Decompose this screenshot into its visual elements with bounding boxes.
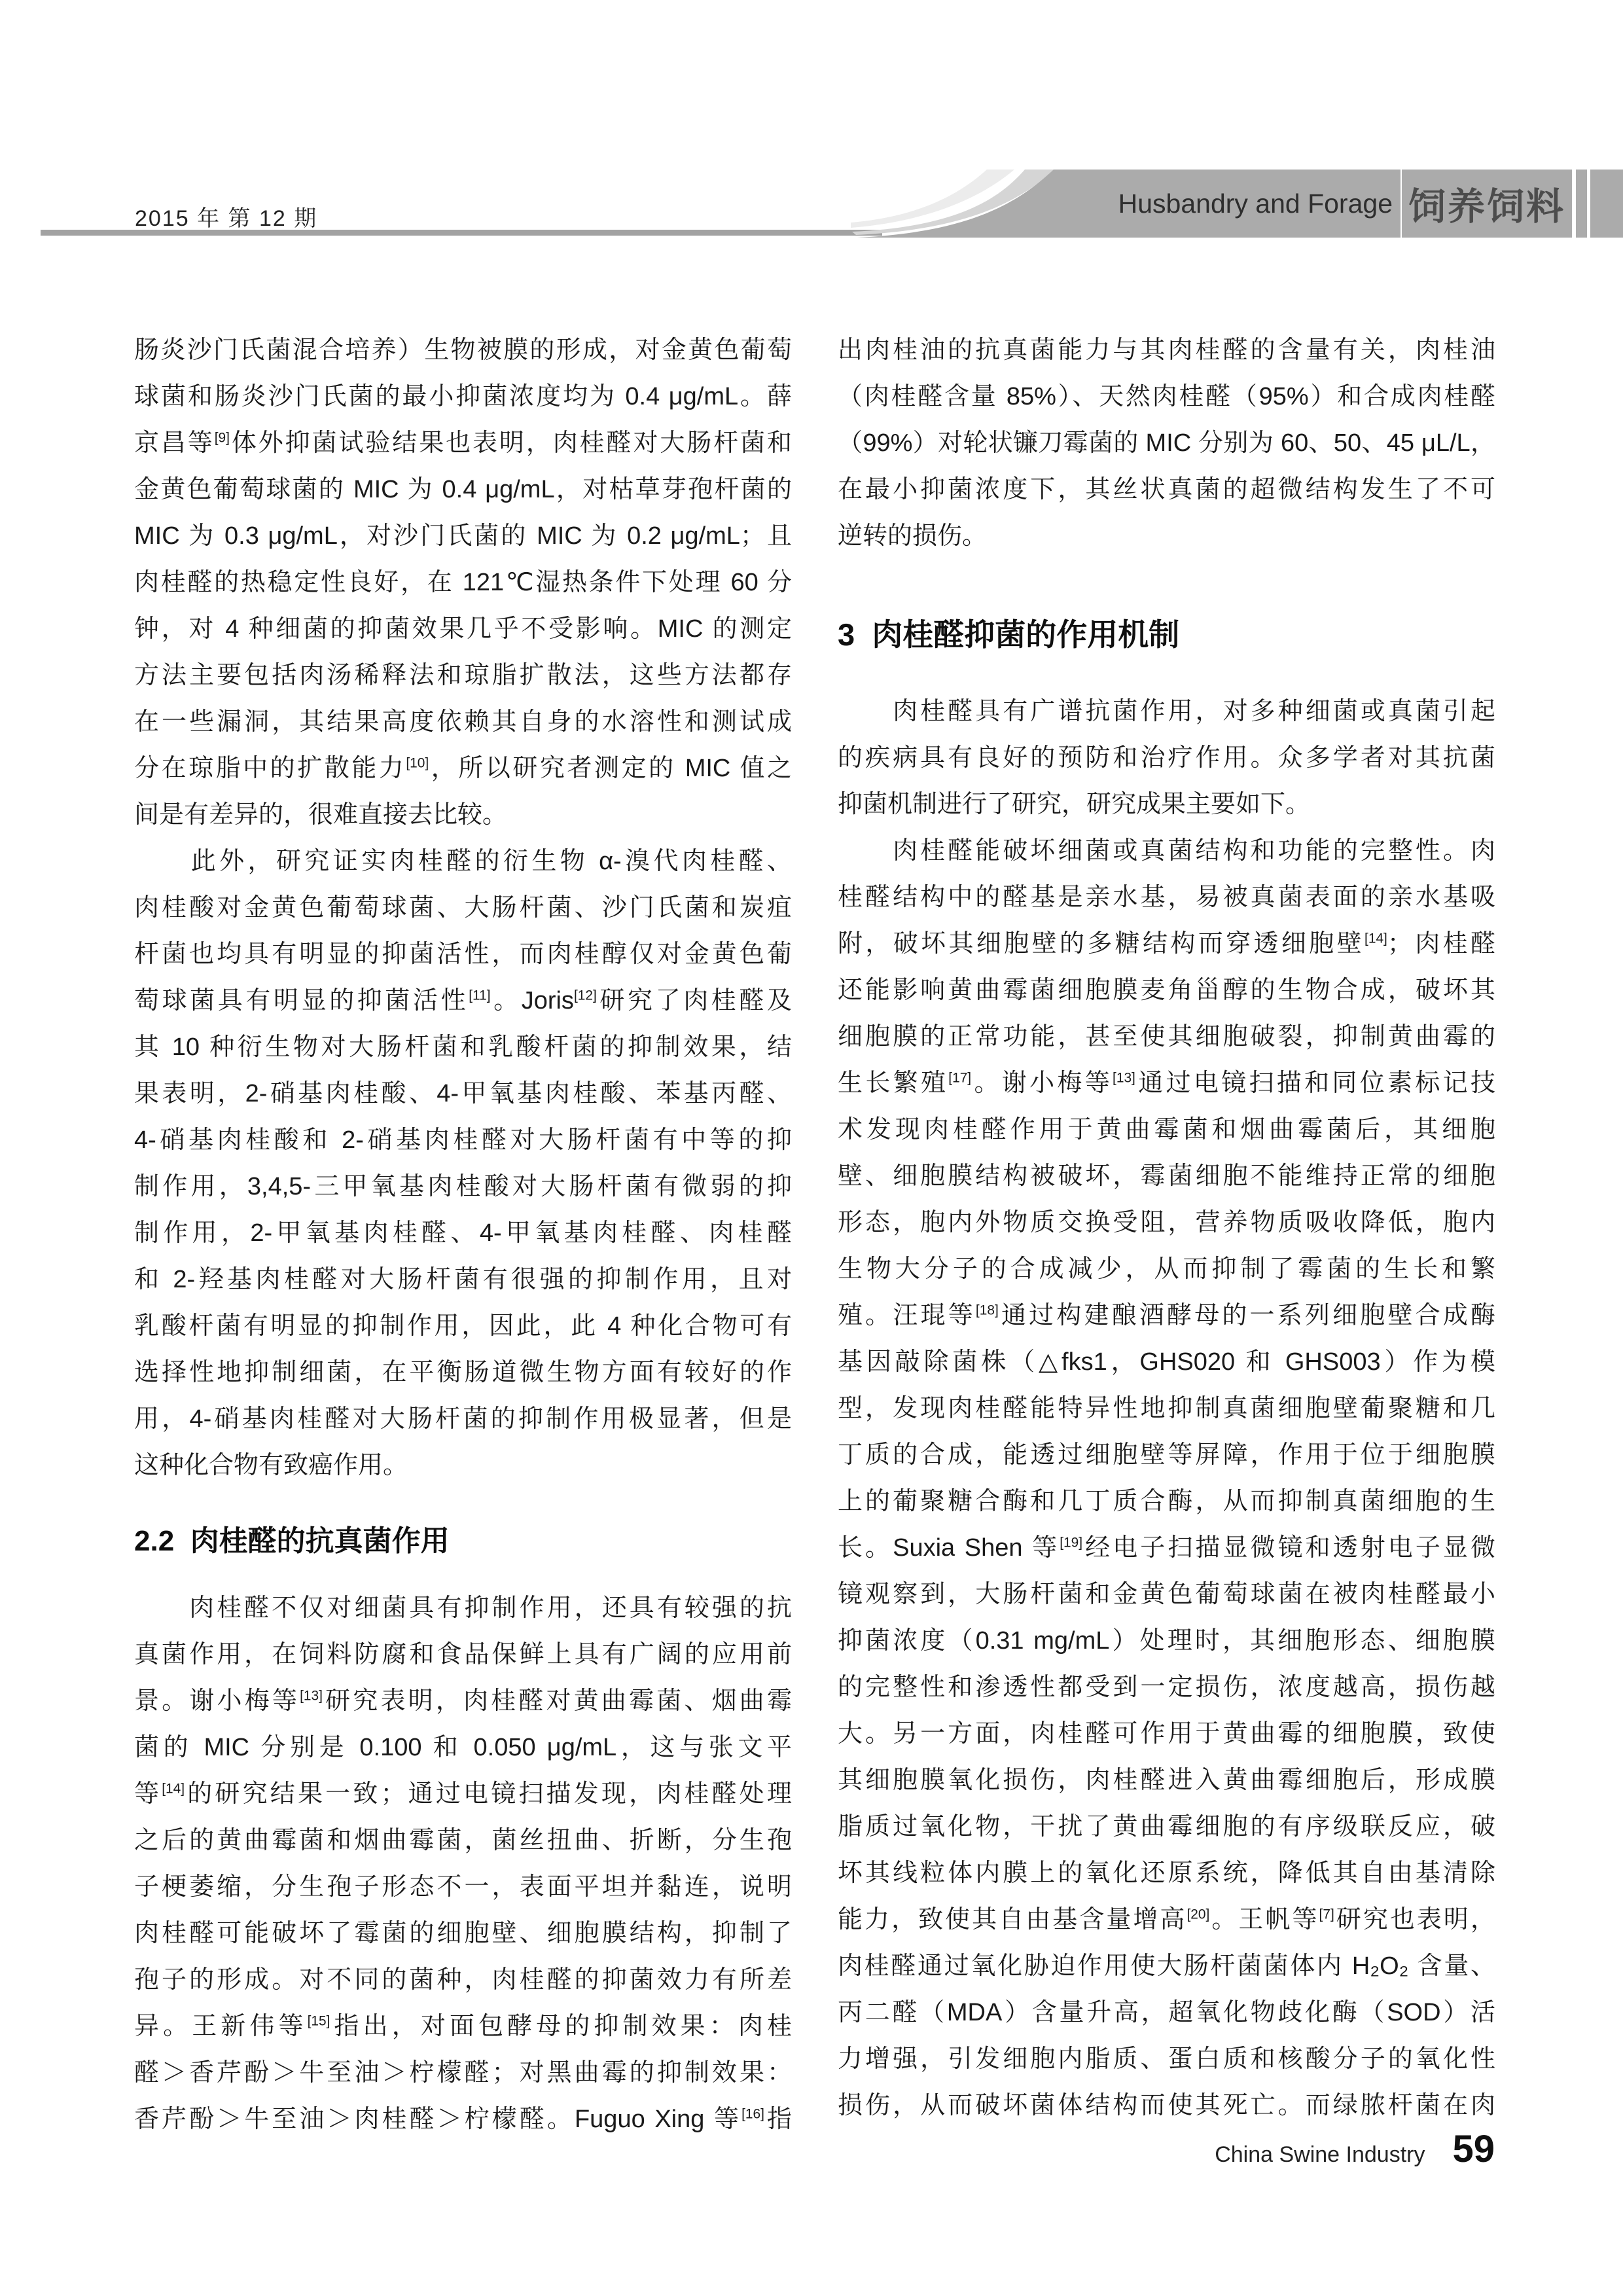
text-line: 肉桂醛能破坏细菌或真菌结构和功能的完整性。肉 [838, 828, 1495, 874]
citation-ref: [16] [741, 2106, 764, 2121]
text-line: 萄球菌具有明显的抑菌活性[11]。Joris[12]研究了肉桂醛及 [134, 978, 792, 1024]
text-line: 真菌作用，在饲料防腐和食品保鲜上具有广阔的应用前 [134, 1632, 792, 1678]
header-bar-thin [1576, 170, 1587, 238]
citation-ref: [10] [406, 755, 429, 770]
text-line: 还能影响黄曲霉菌细胞膜麦角甾醇的生物合成，破坏其 [838, 967, 1495, 1014]
text-line: （99%）对轮状镰刀霉菌的 MIC 分别为 60、50、45 μL/L， [838, 420, 1495, 467]
text-line: 果表明，2-硝基肉桂酸、4-甲氧基肉桂酸、苯基丙醛、 [134, 1071, 792, 1117]
section-heading: 3 肉桂醛抑菌的作用机制 [838, 616, 1495, 655]
citation-ref: [11] [469, 988, 490, 1003]
paragraph: 肉桂醛能破坏细菌或真菌结构和功能的完整性。肉桂醛结构中的醛基是亲水基，易被真菌表… [838, 828, 1495, 2129]
text-line: 孢子的形成。对不同的菌种，肉桂醛的抑菌效力有所差 [134, 1957, 792, 2003]
text-line: 制作用，2-甲氧基肉桂醛、4-甲氧基肉桂醛、肉桂醛 [134, 1210, 792, 1257]
citation-ref: [17] [948, 1070, 971, 1085]
text-line: 型，发现肉桂醛能特异性地抑制真菌细胞壁葡聚糖和几 [838, 1386, 1495, 1432]
text-line: 菌的 MIC 分别是 0.100 和 0.050 μg/mL，这与张文平 [134, 1725, 792, 1771]
text-line: 在一些漏洞，其结果高度依赖其自身的水溶性和测试成 [134, 699, 792, 745]
header-bar-wide [1590, 170, 1623, 238]
text-line: 附，破坏其细胞壁的多糖结构而穿透细胞壁[14]；肉桂醛 [838, 921, 1495, 967]
text-line: 损伤，从而破坏菌体结构而使其死亡。而绿脓杆菌在肉 [838, 2083, 1495, 2129]
text-line: 选择性地抑制细菌，在平衡肠道微生物方面有较好的作 [134, 1350, 792, 1396]
paragraph: 肉桂醛具有广谱抗菌作用，对多种细菌或真菌引起的疾病具有良好的预防和治疗作用。众多… [838, 689, 1495, 828]
text-line: 抑菌机制进行了研究，研究成果主要如下。 [838, 781, 1495, 828]
text-line: 出肉桂油的抗真菌能力与其肉桂醛的含量有关，肉桂油 [838, 327, 1495, 374]
text-line: 基因敲除菌株（△fks1，GHS020 和 GHS003）作为模 [838, 1339, 1495, 1386]
text-line: 这种化合物有致癌作用。 [134, 1443, 792, 1489]
text-line: 子梗萎缩，分生孢子形态不一，表面平坦并黏连，说明 [134, 1864, 792, 1910]
text-line: 上的葡聚糖合酶和几丁质合酶，从而抑制真菌细胞的生 [838, 1479, 1495, 1525]
text-line: 肉桂醛可能破坏了霉菌的细胞壁、细胞膜结构，抑制了 [134, 1910, 792, 1957]
section-title-cn-box: 饲养饲料 [1402, 170, 1572, 238]
paragraph: 此外，研究证实肉桂醛的衍生物 α-溴代肉桂醛、肉桂酸对金黄色葡萄球菌、大肠杆菌、… [134, 838, 792, 1489]
section-title-en: Husbandry and Forage [1021, 170, 1393, 238]
text-line: 方法主要包括肉汤稀释法和琼脂扩散法，这些方法都存 [134, 653, 792, 699]
text-line: 细胞膜的正常功能，甚至使其细胞破裂，抑制黄曲霉的 [838, 1014, 1495, 1060]
section-heading: 2.2 肉桂醛的抗真菌作用 [134, 1523, 792, 1559]
text-line: 在最小抑菌浓度下，其丝状真菌的超微结构发生了不可 [838, 467, 1495, 513]
text-line: 肉桂醛不仅对细菌具有抑制作用，还具有较强的抗 [134, 1585, 792, 1632]
text-line: 等[14]的研究结果一致；通过电镜扫描发现，肉桂醛处理 [134, 1771, 792, 1818]
header-rule [41, 230, 882, 236]
text-line: 乳酸杆菌有明显的抑制作用，因此，此 4 种化合物可有 [134, 1303, 792, 1350]
text-line: 肉桂醛通过氧化胁迫作用使大肠杆菌菌体内 H₂O₂ 含量、 [838, 1943, 1495, 1990]
citation-ref: [14] [162, 1781, 185, 1796]
journal-page: 2015 年 第 12 期 Husbandry and Forage 饲养饲料 … [0, 0, 1623, 2296]
citation-ref: [19] [1060, 1535, 1082, 1550]
paragraph: 出肉桂油的抗真菌能力与其肉桂醛的含量有关，肉桂油（肉桂醛含量 85%）、天然肉桂… [838, 327, 1495, 560]
section-title-cn: 饲养饲料 [1408, 177, 1565, 230]
text-line: 形态，胞内外物质交换受阻，营养物质吸收降低，胞内 [838, 1200, 1495, 1246]
paragraph: 肉桂醛不仅对细菌具有抑制作用，还具有较强的抗真菌作用，在饲料防腐和食品保鲜上具有… [134, 1585, 792, 2143]
text-line: 用，4-硝基肉桂醛对大肠杆菌的抑制作用极显著，但是 [134, 1396, 792, 1443]
text-line: 其细胞膜氧化损伤，肉桂醛进入黄曲霉细胞后，形成膜 [838, 1757, 1495, 1804]
text-line: 京昌等[9]体外抑菌试验结果也表明，肉桂醛对大肠杆菌和 [134, 420, 792, 467]
citation-ref: [12] [574, 988, 597, 1003]
text-line: 的完整性和渗透性都受到一定损伤，浓度越高，损伤越 [838, 1664, 1495, 1711]
text-line: 壁、细胞膜结构被破坏，霉菌细胞不能维持正常的细胞 [838, 1153, 1495, 1200]
text-line: 殖。汪琨等[18]通过构建酿酒酵母的一系列细胞壁合成酶 [838, 1293, 1495, 1339]
text-line: 肉桂醛具有广谱抗菌作用，对多种细菌或真菌引起 [838, 689, 1495, 735]
text-line: 肠炎沙门氏菌混合培养）生物被膜的形成，对金黄色葡萄 [134, 327, 792, 374]
text-line: 镜观察到，大肠杆菌和金黄色葡萄球菌在被肉桂醛最小 [838, 1571, 1495, 1618]
text-line: 景。谢小梅等[13]研究表明，肉桂醛对黄曲霉菌、烟曲霉 [134, 1678, 792, 1725]
text-line: 钟，对 4 种细菌的抑菌效果几乎不受影响。MIC 的测定 [134, 606, 792, 653]
text-line: 香芹酚＞牛至油＞肉桂醛＞柠檬醛。Fuguo Xing 等[16]指 [134, 2096, 792, 2143]
journal-name: China Swine Industry [1215, 2142, 1425, 2168]
text-line: 大。另一方面，肉桂醛可作用于黄曲霉的细胞膜，致使 [838, 1711, 1495, 1757]
citation-ref: [7] [1319, 1907, 1334, 1922]
text-line: 此外，研究证实肉桂醛的衍生物 α-溴代肉桂醛、 [134, 838, 792, 885]
text-line: 肉桂酸对金黄色葡萄球菌、大肠杆菌、沙门氏菌和炭疽 [134, 885, 792, 931]
text-line: 4-硝基肉桂酸和 2-硝基肉桂醛对大肠杆菌有中等的抑 [134, 1117, 792, 1164]
text-line: 力增强，引发细胞内脂质、蛋白质和核酸分子的氧化性 [838, 2036, 1495, 2083]
column-left: 肠炎沙门氏菌混合培养）生物被膜的形成，对金黄色葡萄球菌和肠炎沙门氏菌的最小抑菌浓… [134, 327, 792, 2143]
text-line: 金黄色葡萄球菌的 MIC 为 0.4 μg/mL，对枯草芽孢杆菌的 [134, 467, 792, 513]
citation-ref: [20] [1186, 1907, 1209, 1922]
text-line: 长。Suxia Shen 等[19]经电子扫描显微镜和透射电子显微 [838, 1525, 1495, 1571]
citation-ref: [14] [1364, 931, 1387, 946]
text-line: 生物大分子的合成减少，从而抑制了霉菌的生长和繁 [838, 1246, 1495, 1293]
text-line: 其 10 种衍生物对大肠杆菌和乳酸杆菌的抑制效果，结 [134, 1024, 792, 1071]
text-line: 的疾病具有良好的预防和治疗作用。众多学者对其抗菌 [838, 735, 1495, 781]
issue-label: 2015 年 第 12 期 [135, 200, 317, 232]
text-line: 和 2-羟基肉桂醛对大肠杆菌有很强的抑制作用，且对 [134, 1257, 792, 1303]
text-line: 杆菌也均具有明显的抑菌活性，而肉桂醇仅对金黄色葡 [134, 931, 792, 978]
text-line: 之后的黄曲霉菌和烟曲霉菌，菌丝扭曲、折断，分生孢 [134, 1818, 792, 1864]
text-line: 脂质过氧化物，干扰了黄曲霉细胞的有序级联反应，破 [838, 1804, 1495, 1850]
text-line: 桂醛结构中的醛基是亲水基，易被真菌表面的亲水基吸 [838, 874, 1495, 921]
citation-ref: [18] [976, 1302, 999, 1318]
column-right: 出肉桂油的抗真菌能力与其肉桂醛的含量有关，肉桂油（肉桂醛含量 85%）、天然肉桂… [838, 327, 1495, 2129]
page-number: 59 [1452, 2127, 1495, 2171]
page-footer: China Swine Industry 59 [1215, 2127, 1495, 2171]
text-line: 坏其线粒体内膜上的氧化还原系统，降低其自由基清除 [838, 1850, 1495, 1897]
text-line: 能力，致使其自由基含量增高[20]。王帆等[7]研究也表明， [838, 1897, 1495, 1943]
citation-ref: [13] [300, 1688, 323, 1703]
text-line: 肉桂醛的热稳定性良好，在 121℃湿热条件下处理 60 分 [134, 560, 792, 606]
text-line: 异。王新伟等[15]指出，对面包酵母的抑制效果：肉桂 [134, 2003, 792, 2050]
citation-ref: [9] [215, 430, 230, 445]
text-line: 醛＞香芹酚＞牛至油＞柠檬醛；对黑曲霉的抑制效果： [134, 2050, 792, 2096]
text-line: 间是有差异的，很难直接去比较。 [134, 792, 792, 838]
text-line: 分在琼脂中的扩散能力[10]，所以研究者测定的 MIC 值之 [134, 745, 792, 792]
text-line: 丁质的合成，能透过细胞壁等屏障，作用于位于细胞膜 [838, 1432, 1495, 1479]
paragraph: 肠炎沙门氏菌混合培养）生物被膜的形成，对金黄色葡萄球菌和肠炎沙门氏菌的最小抑菌浓… [134, 327, 792, 838]
text-line: 丙二醛（MDA）含量升高，超氧化物歧化酶（SOD）活 [838, 1990, 1495, 2036]
text-line: 术发现肉桂醛作用于黄曲霉菌和烟曲霉菌后，其细胞 [838, 1107, 1495, 1153]
citation-ref: [13] [1113, 1070, 1135, 1085]
text-line: 逆转的损伤。 [838, 513, 1495, 560]
text-line: MIC 为 0.3 μg/mL，对沙门氏菌的 MIC 为 0.2 μg/mL；且 [134, 513, 792, 560]
text-line: 抑菌浓度（0.31 mg/mL）处理时，其细胞形态、细胞膜 [838, 1618, 1495, 1664]
text-line: 球菌和肠炎沙门氏菌的最小抑菌浓度均为 0.4 μg/mL。薛 [134, 374, 792, 420]
text-line: 生长繁殖[17]。谢小梅等[13]通过电镜扫描和同位素标记技 [838, 1060, 1495, 1107]
text-line: （肉桂醛含量 85%）、天然肉桂醛（95%）和合成肉桂醛 [838, 374, 1495, 420]
text-line: 制作用，3,4,5-三甲氧基肉桂酸对大肠杆菌有微弱的抑 [134, 1164, 792, 1210]
citation-ref: [15] [308, 2013, 330, 2028]
